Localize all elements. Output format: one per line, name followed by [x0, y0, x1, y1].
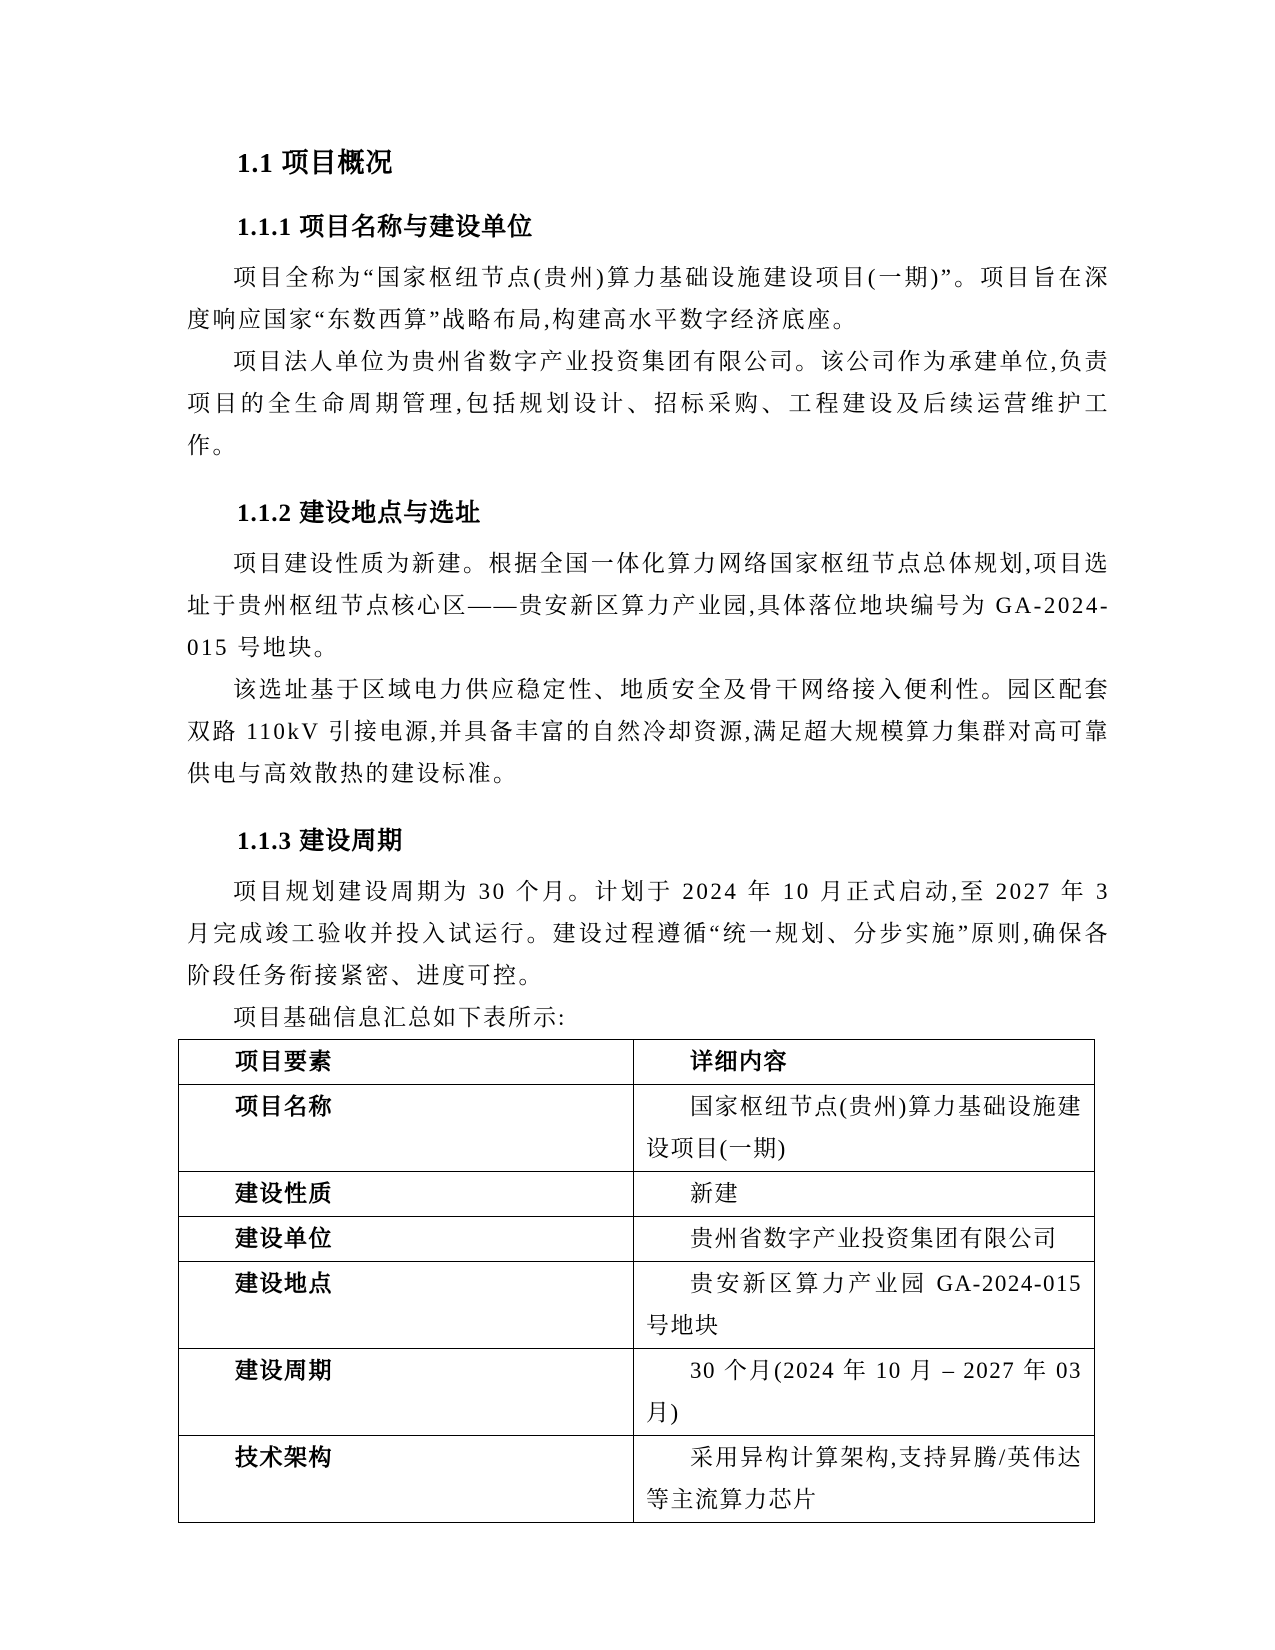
subsection-heading-1-1-3: 1.1.3 建设周期: [237, 825, 1110, 859]
table-header-value-column: 详细内容: [634, 1040, 1095, 1085]
project-info-table: 项目要素 详细内容 项目名称 国家枢纽节点(贵州)算力基础设施建设项目(一期) …: [178, 1039, 1095, 1523]
subsection-heading-1-1-2: 1.1.2 建设地点与选址: [237, 497, 1110, 531]
table-row: 建设性质 新建: [179, 1172, 1095, 1217]
table-cell-value: 新建: [634, 1172, 1095, 1217]
table-cell-value: 贵州省数字产业投资集团有限公司: [634, 1217, 1095, 1262]
table-cell-value: 贵安新区算力产业园 GA-2024-015 号地块: [634, 1262, 1095, 1349]
paragraph: 项目法人单位为贵州省数字产业投资集团有限公司。该公司作为承建单位,负责项目的全生…: [187, 341, 1110, 467]
table-cell-value: 30 个月(2024 年 10 月 – 2027 年 03 月): [634, 1349, 1095, 1436]
table-intro-paragraph: 项目基础信息汇总如下表所示:: [187, 997, 1110, 1039]
table-cell-value: 国家枢纽节点(贵州)算力基础设施建设项目(一期): [634, 1085, 1095, 1172]
table-row: 项目名称 国家枢纽节点(贵州)算力基础设施建设项目(一期): [179, 1085, 1095, 1172]
table-row: 建设周期 30 个月(2024 年 10 月 – 2027 年 03 月): [179, 1349, 1095, 1436]
table-row: 建设地点 贵安新区算力产业园 GA-2024-015 号地块: [179, 1262, 1095, 1349]
paragraph: 项目全称为“国家枢纽节点(贵州)算力基础设施建设项目(一期)”。项目旨在深度响应…: [187, 257, 1110, 341]
table-cell-label: 建设单位: [179, 1217, 634, 1262]
table-cell-label: 技术架构: [179, 1436, 634, 1523]
table-row: 技术架构 采用异构计算架构,支持昇腾/英伟达等主流算力芯片: [179, 1436, 1095, 1523]
table-header-label-column: 项目要素: [179, 1040, 634, 1085]
paragraph: 项目建设性质为新建。根据全国一体化算力网络国家枢纽节点总体规划,项目选址于贵州枢…: [187, 543, 1110, 669]
table-cell-label: 建设周期: [179, 1349, 634, 1436]
table-cell-label: 建设性质: [179, 1172, 634, 1217]
document-page: 1.1 项目概况 1.1.1 项目名称与建设单位 项目全称为“国家枢纽节点(贵州…: [0, 0, 1275, 1650]
table-header-row: 项目要素 详细内容: [179, 1040, 1095, 1085]
section-heading-1-1: 1.1 项目概况: [237, 145, 1110, 181]
paragraph: 该选址基于区域电力供应稳定性、地质安全及骨干网络接入便利性。园区配套双路 110…: [187, 669, 1110, 795]
paragraph: 项目规划建设周期为 30 个月。计划于 2024 年 10 月正式启动,至 20…: [187, 871, 1110, 997]
table-cell-label: 项目名称: [179, 1085, 634, 1172]
subsection-heading-1-1-1: 1.1.1 项目名称与建设单位: [237, 211, 1110, 245]
table-cell-label: 建设地点: [179, 1262, 634, 1349]
table-cell-value: 采用异构计算架构,支持昇腾/英伟达等主流算力芯片: [634, 1436, 1095, 1523]
table-row: 建设单位 贵州省数字产业投资集团有限公司: [179, 1217, 1095, 1262]
